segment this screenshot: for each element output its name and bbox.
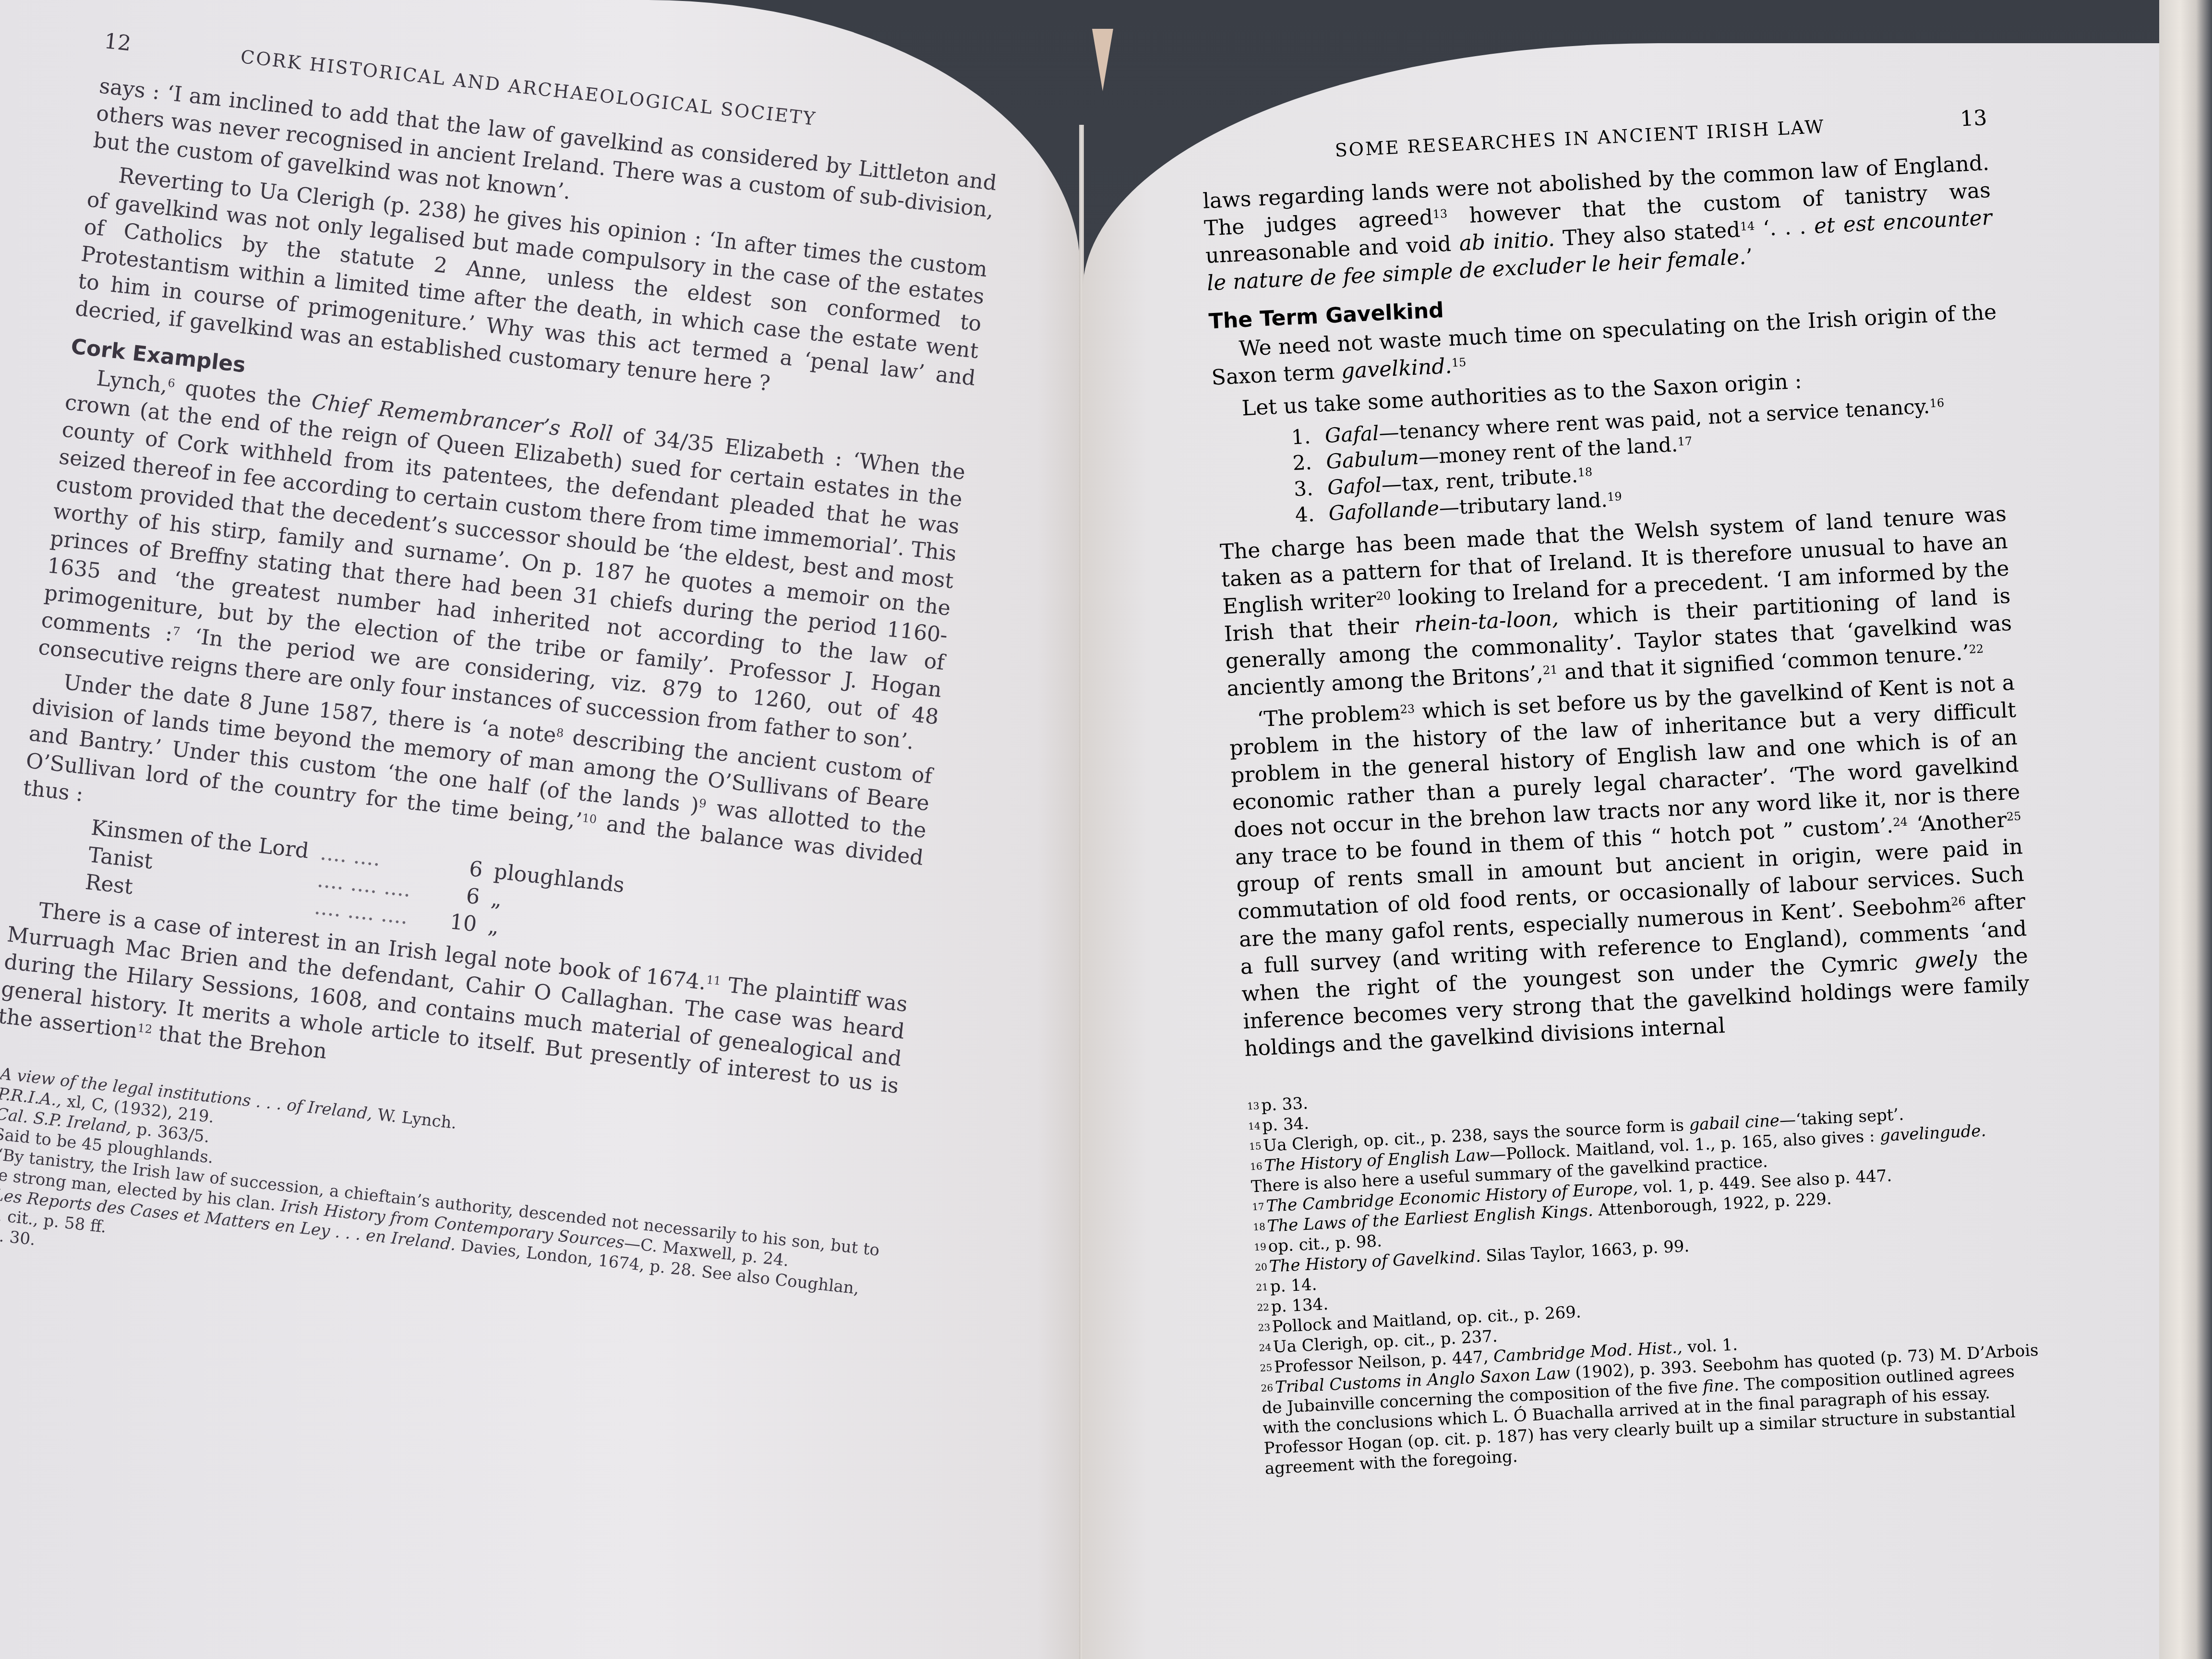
footnotes-right: 13p. 33. 14p. 34. 15Ua Clerigh, op. cit.… [1247,1058,2052,1479]
footnote-ref: 13 [1432,207,1448,221]
footnote-ref: 7 [172,625,181,638]
footnote-ref: 23 [1400,702,1415,716]
paragraph-problem: ‘The problem23 which is set before us by… [1227,669,2031,1062]
open-book: 12 CORK HISTORICAL AND ARCHAEOLOGICAL SO… [0,0,2212,1659]
footnote-ref: 26 [1950,894,1966,908]
left-page: 12 CORK HISTORICAL AND ARCHAEOLOGICAL SO… [0,0,1080,1659]
page-number: 13 [1960,106,1987,132]
footnote-ref: 12 [137,1021,153,1036]
footnote-ref: 20 [1376,589,1391,603]
right-page-content: SOME RESEARCHES IN ANCIENT IRISH LAW 13 … [1200,106,2052,1479]
paragraph-tanistry: laws regarding lands were not abolished … [1202,149,1994,297]
footnote-ref: 10 [581,811,597,826]
footnote-ref: 11 [706,973,721,988]
page-number: 12 [103,29,132,56]
footnote-ref: 9 [698,796,707,810]
footnote-ref: 15 [1451,355,1467,369]
paragraph-welsh: The charge has been made that the Welsh … [1219,500,2014,703]
footnote-ref: 24 [1893,815,1908,829]
page-edges [2159,0,2212,1659]
footnote-ref: 6 [167,376,176,390]
left-page-content: 12 CORK HISTORICAL AND ARCHAEOLOGICAL SO… [0,29,1003,1341]
footnote-ref: 25 [2006,809,2021,823]
footnote-ref: 22 [1969,642,1984,656]
footnote-ref: 14 [1740,219,1755,233]
torn-paper-fragment [1092,29,1113,91]
footnote-ref: 21 [1542,663,1558,677]
